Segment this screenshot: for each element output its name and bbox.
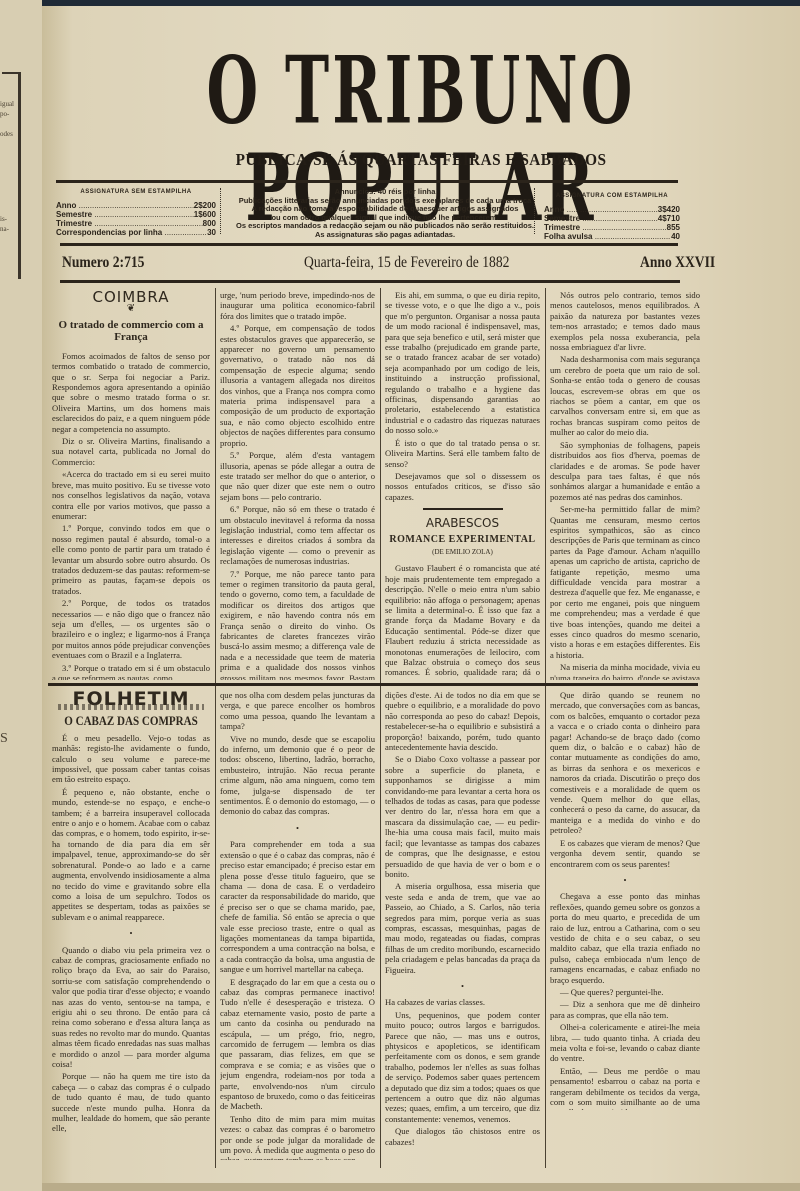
adjacent-page-edge: igual po- odes S is- na-: [0, 0, 44, 1191]
article-paragraph: — Que queres? perguntei-lhe.: [550, 987, 700, 997]
folhetim-rule: [48, 683, 698, 686]
masthead-rule: [56, 180, 678, 183]
header-rule: [60, 243, 678, 246]
masthead: O TRIBUNO POPULAR: [42, 42, 800, 202]
section-heading-arabescos: ARABESCOS: [385, 518, 540, 528]
separator-dot: •: [52, 928, 210, 938]
article-paragraph: Fomos acoimados de faltos de senso por t…: [52, 351, 210, 434]
article-paragraph: É o meu pesadello. Vejo-o todas as manhã…: [52, 733, 210, 785]
article-headline: ROMANCE EXPERIMENTAL: [385, 535, 540, 545]
issue-date: Quarta-feira, 15 de Fevereiro de 1882: [304, 254, 509, 272]
adjacent-page-snippet: is-: [0, 215, 7, 223]
ornament-icon: ❦: [52, 304, 210, 314]
article-paragraph: Eis ahi, em summa, o que eu diria repito…: [385, 290, 540, 436]
subscription-header: ASSIGNATURA SEM ESTAMPILHA: [56, 188, 216, 197]
newspaper-page: O TRIBUNO POPULAR PUBLICA-SE ÁS QUARTAS …: [42, 0, 800, 1191]
article-paragraph: E desgraçado do lar em que a cesta ou o …: [220, 977, 375, 1112]
article-paragraph: E os cabazes que vieram de menos? Que ve…: [550, 838, 700, 869]
separator-dot: •: [550, 875, 700, 885]
column-separator: [380, 288, 381, 1168]
article-paragraph: São symphonias de folhagens, papeis dist…: [550, 440, 700, 502]
article-paragraph: É isto o que do tal tratado pensa o sr. …: [385, 438, 540, 469]
adjacent-page-snippet: S: [0, 735, 8, 743]
article-paragraph: Então, — Deus me perdôe o mau pensamento…: [550, 1066, 700, 1110]
article-paragraph: Ha cabazes de varias classes.: [385, 997, 540, 1007]
article-paragraph: Gustavo Flaubert é o romancista que até …: [385, 563, 540, 680]
article-paragraph: dições d'este. Ai de todos no dia em que…: [385, 690, 540, 752]
article-headline: O CABAZ DAS COMPRAS: [64, 716, 198, 726]
article-arabescos-continued: Nós outros pelo contrario, temos sido me…: [550, 290, 700, 680]
article-coimbra: COIMBRA ❦ O tratado de commercio com a F…: [52, 290, 210, 680]
article-paragraph: Tenho dito de mim para mim muitas vezes:…: [220, 1114, 375, 1160]
adjacent-page-snippet: po-: [0, 110, 9, 118]
separator-dot: •: [220, 823, 375, 833]
scan-bottom-edge: [42, 1183, 800, 1191]
subscription-with-stamp: ASSIGNATURA COM ESTAMPILHA Anno3$420 Sem…: [544, 192, 680, 241]
article-paragraph: Chegava a esse ponto das minhas reflexõe…: [550, 891, 700, 985]
article-paragraph: 2.º Porque, de todos os tratados necessa…: [52, 598, 210, 660]
article-coimbra-continued: urge, 'num periodo breve, impedindo-nos …: [220, 290, 375, 680]
article-paragraph: urge, 'num periodo breve, impedindo-nos …: [220, 290, 375, 321]
folhetim-column: que nos olha com desdem pelas juncturas …: [220, 690, 375, 1160]
wavy-rule: [58, 704, 204, 710]
article-paragraph: Se o Diabo Coxo voltasse a passear por s…: [385, 754, 540, 879]
dateline-rule: [60, 280, 680, 283]
article-paragraph: — Diz a senhora que me dê dinheiro para …: [550, 999, 700, 1020]
issue-year: Anno XXVII: [640, 254, 715, 272]
article-headline: O tratado de commercio com a França: [52, 319, 210, 343]
article-paragraph: 7.º Porque, me não parece tanto para tem…: [220, 569, 375, 680]
article-paragraph: Que dialogos tão chistosos entre os caba…: [385, 1126, 540, 1147]
adjacent-page-snippet: igual: [0, 100, 14, 108]
adjacent-page-snippet: odes: [0, 130, 13, 138]
article-paragraph: Porque — não ha quem me tire isto da cab…: [52, 1071, 210, 1133]
section-heading-coimbra: COIMBRA: [52, 292, 210, 302]
subscription-row: Trimestre855: [544, 223, 680, 232]
article-byline: (DE EMILIO ZOLA): [385, 547, 540, 557]
article-paragraph: Para comprehender em toda a sua extensão…: [220, 839, 375, 974]
subscription-row: Semestre1$600: [56, 210, 216, 219]
article-paragraph: 4.º Porque, em compensação de todos este…: [220, 323, 375, 448]
article-paragraph: que nos olha com desdem pelas juncturas …: [220, 690, 375, 732]
subscription-row: Semestre4$710: [544, 214, 680, 223]
article-paragraph: Nada desharmonisa com mais segurança um …: [550, 354, 700, 437]
adjacent-page-snippet: na-: [0, 225, 9, 233]
article-paragraph: A miseria orgulhosa, essa miseria que ve…: [385, 881, 540, 975]
subscription-without-stamp: ASSIGNATURA SEM ESTAMPILHA Anno2$200 Sem…: [56, 188, 216, 237]
newspaper-subtitle: PUBLICA-SE ÁS QUARTAS FEIRAS E SABBADOS: [80, 150, 762, 170]
article-paragraph: Desejavamos que sol o dissessem os nosso…: [385, 471, 540, 502]
divider: [534, 188, 539, 234]
article-paragraph: 1.º Porque, convindo todos em que o noss…: [52, 523, 210, 596]
article-paragraph: Quando o diabo viu pela primeira vez o c…: [52, 945, 210, 1070]
section-rule: [423, 508, 503, 510]
separator-dot: •: [385, 981, 540, 991]
article-paragraph: Nós outros pelo contrario, temos sido me…: [550, 290, 700, 352]
article-paragraph: 5.º Porque, além d'esta vantagem illusor…: [220, 450, 375, 502]
subscription-row: Trimestre800: [56, 219, 216, 228]
scan-top-edge: [42, 0, 800, 6]
folhetim-column: dições d'este. Ai de todos no dia em que…: [385, 690, 540, 1160]
folhetim-column: Que dirão quando se reunem no mercado, q…: [550, 690, 700, 1110]
article-paragraph: Na miseria da minha mocidade, vivia eu n…: [550, 662, 700, 680]
subscription-row: Anno2$200: [56, 201, 216, 210]
article-paragraph: Que dirão quando se reunem no mercado, q…: [550, 690, 700, 836]
article-paragraph: 6.º Porque, não só em these o tratado é …: [220, 504, 375, 566]
article-arabescos: Eis ahi, em summa, o que eu diria repito…: [385, 290, 540, 680]
issue-number: Numero 2:715: [62, 254, 144, 272]
column-separator: [215, 288, 216, 1168]
article-paragraph: Ser-me-ha permittido fallar de mim? Quan…: [550, 504, 700, 660]
folhetim-column: FOLHETIM O CABAZ DAS COMPRAS É o meu pes…: [52, 688, 210, 1183]
article-paragraph: É pequeno e, não obstante, enche o mundo…: [52, 787, 210, 922]
article-paragraph: Olhei-a colericamente e atirei-lhe meia …: [550, 1022, 700, 1064]
article-paragraph: Uns, pequeninos, que podem conter muito …: [385, 1010, 540, 1124]
article-paragraph: 3.º Porque o tratado em si é um obstacul…: [52, 663, 210, 680]
subscription-row: Folha avulsa40: [544, 232, 680, 241]
subscription-row: Anno3$420: [544, 205, 680, 214]
section-heading-folhetim: FOLHETIM: [52, 694, 210, 704]
column-separator: [545, 288, 546, 1168]
article-paragraph: «Acerca do tractado em si eu serei muito…: [52, 469, 210, 521]
article-paragraph: Vive no mundo, desde que se escapoliu do…: [220, 734, 375, 817]
subscription-row: Correspondencias por linha30: [56, 228, 216, 237]
article-paragraph: Diz o sr. Oliveira Martins, finalisando …: [52, 436, 210, 467]
subscription-header: ASSIGNATURA COM ESTAMPILHA: [544, 192, 680, 201]
publication-notice: Annuncios: 40 réis por linha Publicações…: [225, 188, 545, 240]
